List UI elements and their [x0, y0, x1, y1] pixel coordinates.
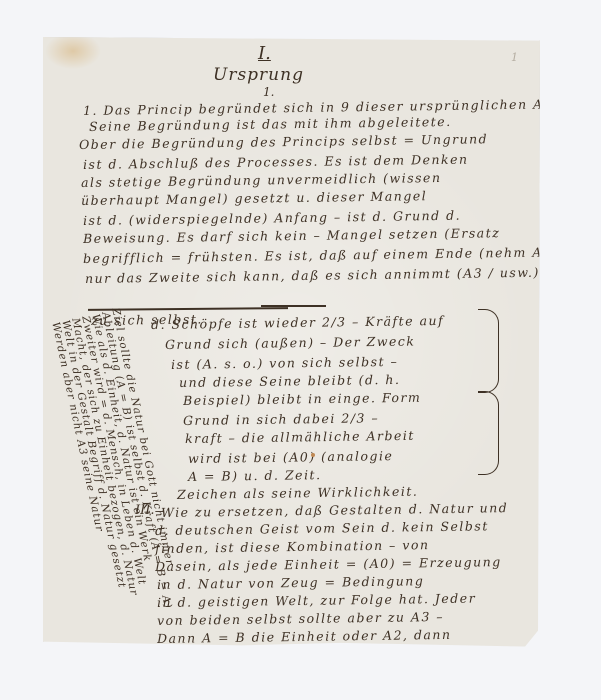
- handwritten-line: ist d. Abschluß des Processes. Es ist de…: [83, 152, 469, 172]
- handwritten-line: ist (A. s. o.) von sich selbst –: [171, 354, 398, 372]
- handwritten-line: finden, ist diese Kombination – von: [155, 537, 430, 556]
- handwritten-line: A = d. Zweite Einheit oder (A3) ist zu i…: [163, 645, 458, 663]
- handwritten-line: ist d. (widerspiegelnde) Anfang – ist d.…: [83, 208, 461, 228]
- handwritten-line: Bezug.: [231, 664, 283, 680]
- section-rule: [261, 305, 326, 307]
- handwritten-line: in d. geistigen Welt, zur Folge hat. Jed…: [157, 591, 476, 610]
- handwritten-line: Beweisung. Es darf sich kein – Mangel se…: [83, 225, 500, 246]
- handwritten-line: in d. Natur von Zeug = Bedingung: [157, 573, 424, 592]
- handwritten-line: und diese Seine bleibt (d. h.: [179, 372, 401, 390]
- handwritten-line: von beiden selbst sollte aber zu A3 –: [157, 609, 444, 628]
- handwritten-line: kraft – die allmähliche Arbeit: [185, 428, 415, 446]
- handwritten-line: begrifflich = frühsten. Es ist, daß auf …: [83, 244, 559, 266]
- handwritten-line: Dasein, als jede Einheit = (A0) = Erzeug…: [155, 554, 502, 574]
- section-number: 1.: [263, 85, 274, 99]
- ink-spot: [311, 453, 315, 457]
- handwritten-line: Beispiel) bleibt in einge. Form: [183, 390, 421, 408]
- brace-upper: [478, 309, 499, 393]
- handwritten-line: A = B) u. d. Zeit.: [188, 467, 322, 484]
- handwritten-line: Grund in sich dabei 2/3 –: [183, 410, 379, 428]
- handwritten-line: überhaupt Mangel) gesetzt u. dieser Mang…: [81, 188, 427, 208]
- manuscript-page: 1 I. Ursprung 1. 1. Das Princip begründe…: [43, 37, 540, 649]
- handwritten-line: Ober die Begründung des Princips selbst …: [79, 131, 488, 152]
- handwritten-line: d. deutschen Geist vom Sein d. kein Selb…: [155, 518, 489, 538]
- handwritten-line: Dann A = B die Einheit oder A2, dann: [157, 627, 452, 646]
- chapter-title: Ursprung: [213, 65, 304, 85]
- handwritten-line: Wie zu ersetzen, daß Gestalten d. Natur …: [161, 500, 508, 520]
- page-number: 1: [511, 51, 518, 64]
- handwritten-line: d. Schöpfe ist wieder 2/3 – Kräfte auf: [151, 313, 444, 332]
- handwritten-line: wird ist bei (A0) (analogie: [188, 448, 394, 466]
- chapter-roman-numeral: I.: [258, 43, 271, 64]
- margin-notes: Ziel sollte die Natur bei Gott nicht imm…: [51, 307, 121, 637]
- handwritten-line: nur das Zweite sich kann, daß es sich an…: [85, 265, 540, 286]
- handwritten-line: als stetige Begründung unvermeidlich (wi…: [81, 170, 442, 190]
- handwritten-line: Zeichen als seine Wirklichkeit.: [177, 484, 418, 502]
- brace-lower: [478, 391, 499, 475]
- handwritten-line: Grund sich (außen) – Der Zweck: [165, 334, 416, 352]
